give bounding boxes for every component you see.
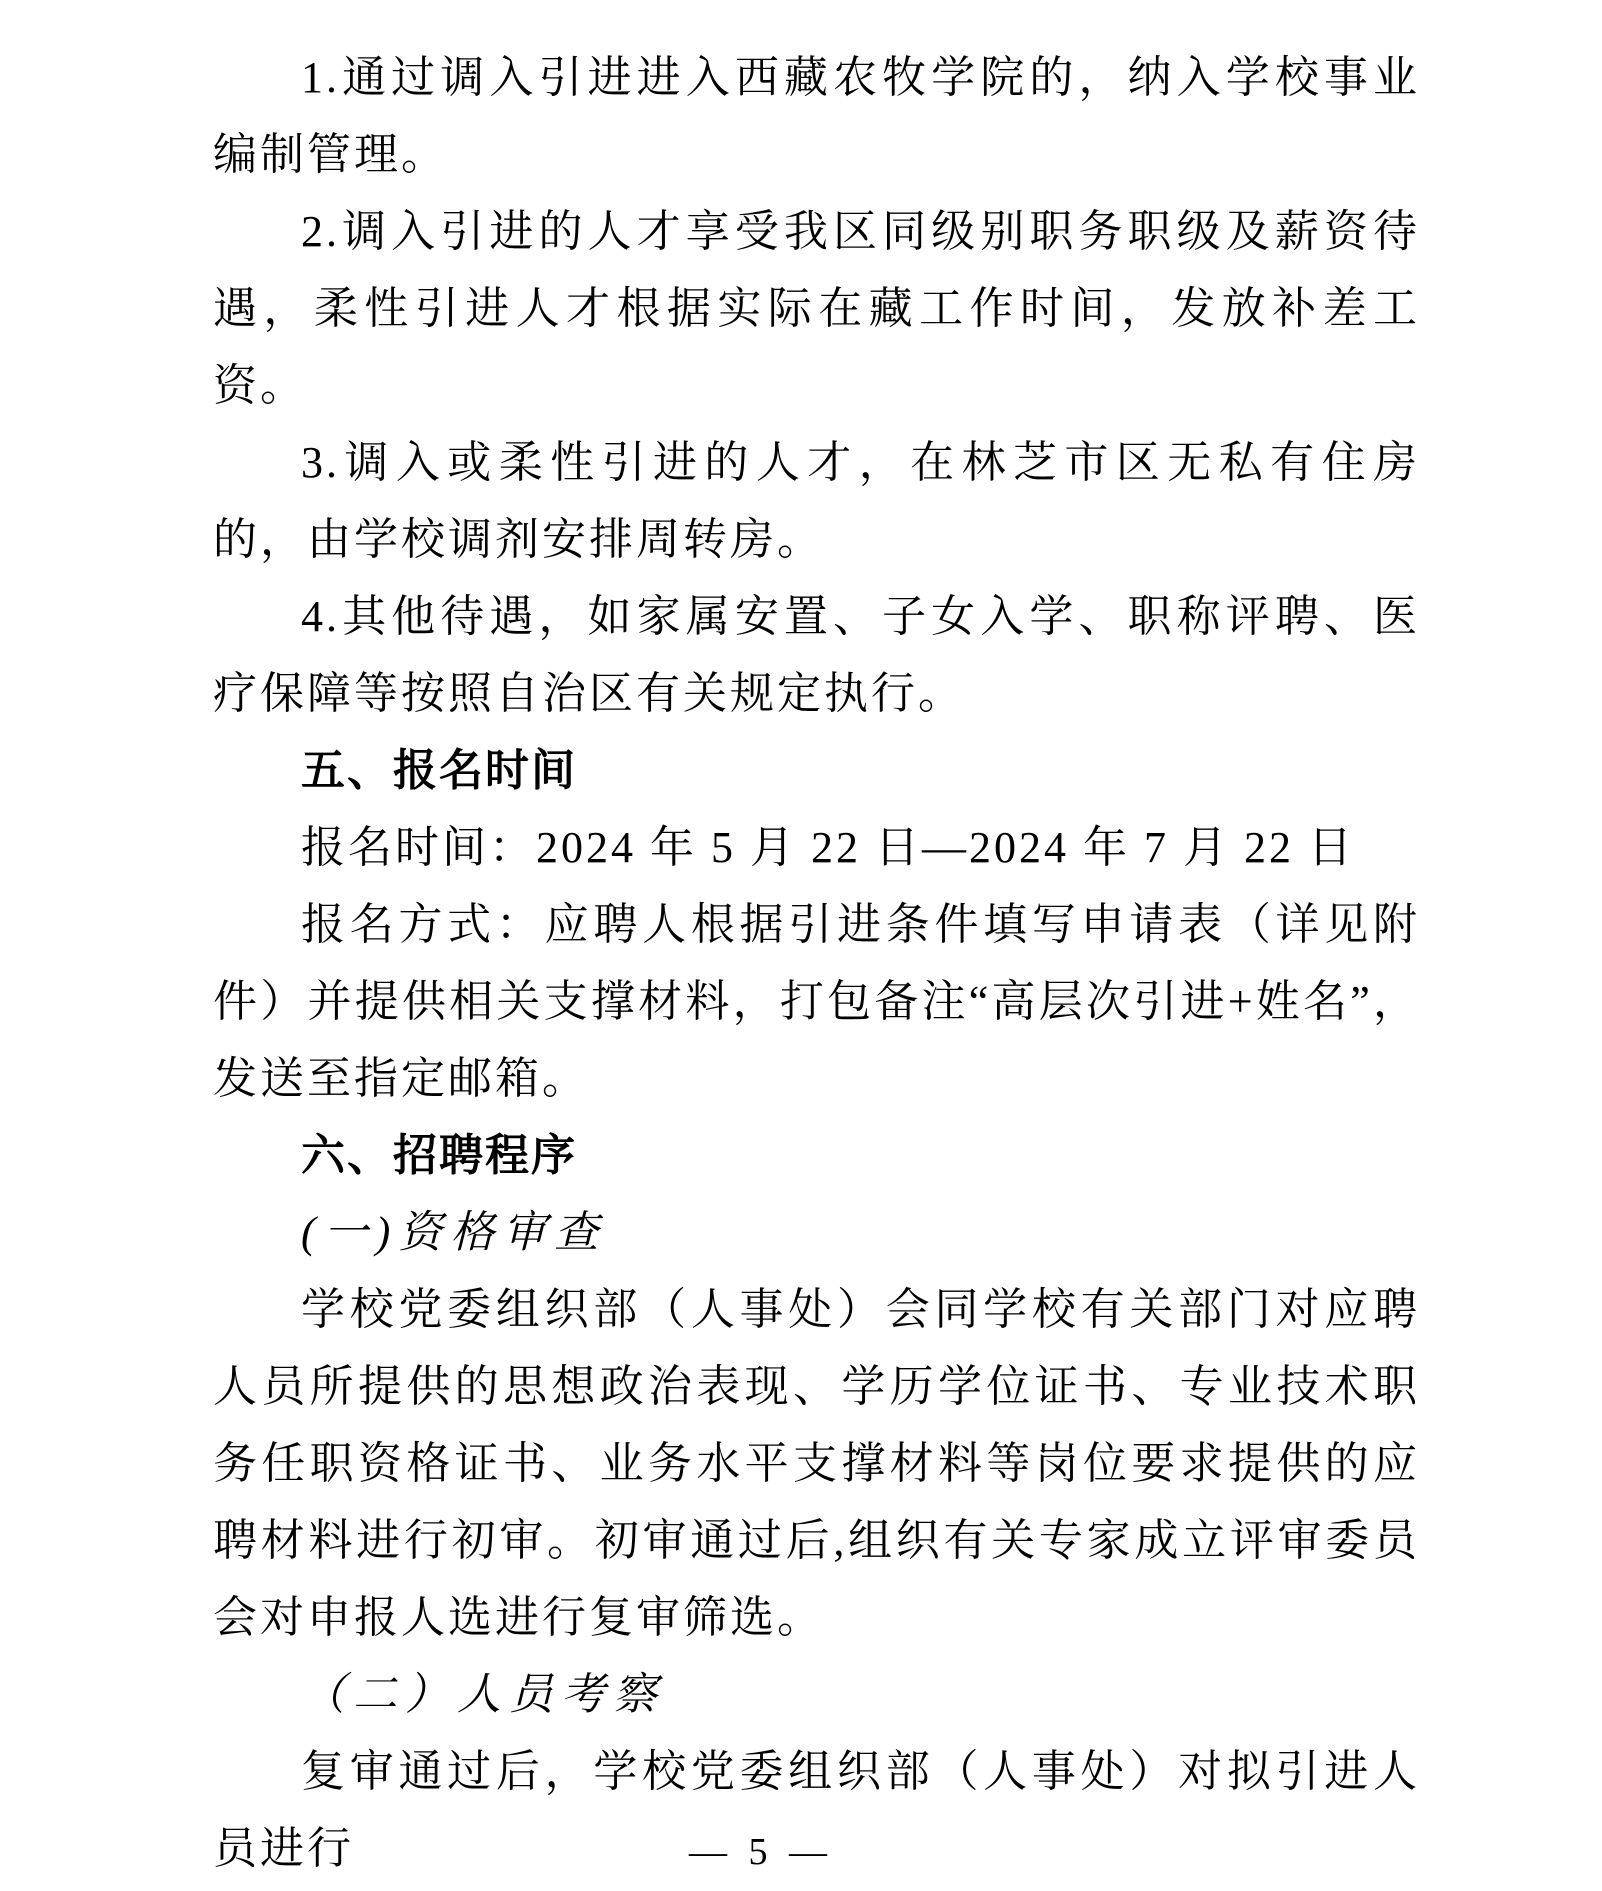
subsection-heading-1-qualification-review: (一)资格审查 — [213, 1194, 1420, 1271]
paragraph-benefit-4: 4.其他待遇，如家属安置、子女入学、职称评聘、医疗保障等按照自治区有关规定执行。 — [213, 578, 1420, 732]
section-heading-6-procedure: 六、招聘程序 — [213, 1117, 1420, 1194]
section-heading-5-signup-time: 五、报名时间 — [213, 732, 1420, 809]
paragraph-signup-time: 报名时间：2024 年 5 月 22 日—2024 年 7 月 22 日 — [213, 809, 1420, 886]
paragraph-signup-method: 报名方式：应聘人根据引进条件填写申请表（详见附件）并提供相关支撑材料，打包备注“… — [213, 886, 1420, 1117]
paragraph-qualification-review: 学校党委组织部（人事处）会同学校有关部门对应聘人员所提供的思想政治表现、学历学位… — [213, 1271, 1420, 1656]
paragraph-benefit-2: 2.调入引进的人才享受我区同级别职务职级及薪资待遇，柔性引进人才根据实际在藏工作… — [213, 193, 1420, 424]
document-page: 1.通过调入引进进入西藏农牧学院的，纳入学校事业编制管理。 2.调入引进的人才享… — [0, 0, 1602, 1891]
document-body: 1.通过调入引进进入西藏农牧学院的，纳入学校事业编制管理。 2.调入引进的人才享… — [213, 39, 1420, 1887]
paragraph-benefit-3: 3.调入或柔性引进的人才，在林芝市区无私有住房的，由学校调剂安排周转房。 — [213, 424, 1420, 578]
subsection-heading-2-personnel-inspection: （二）人员考察 — [213, 1656, 1420, 1733]
paragraph-benefit-1: 1.通过调入引进进入西藏农牧学院的，纳入学校事业编制管理。 — [213, 39, 1420, 193]
page-number: — 5 — — [0, 1828, 1522, 1876]
